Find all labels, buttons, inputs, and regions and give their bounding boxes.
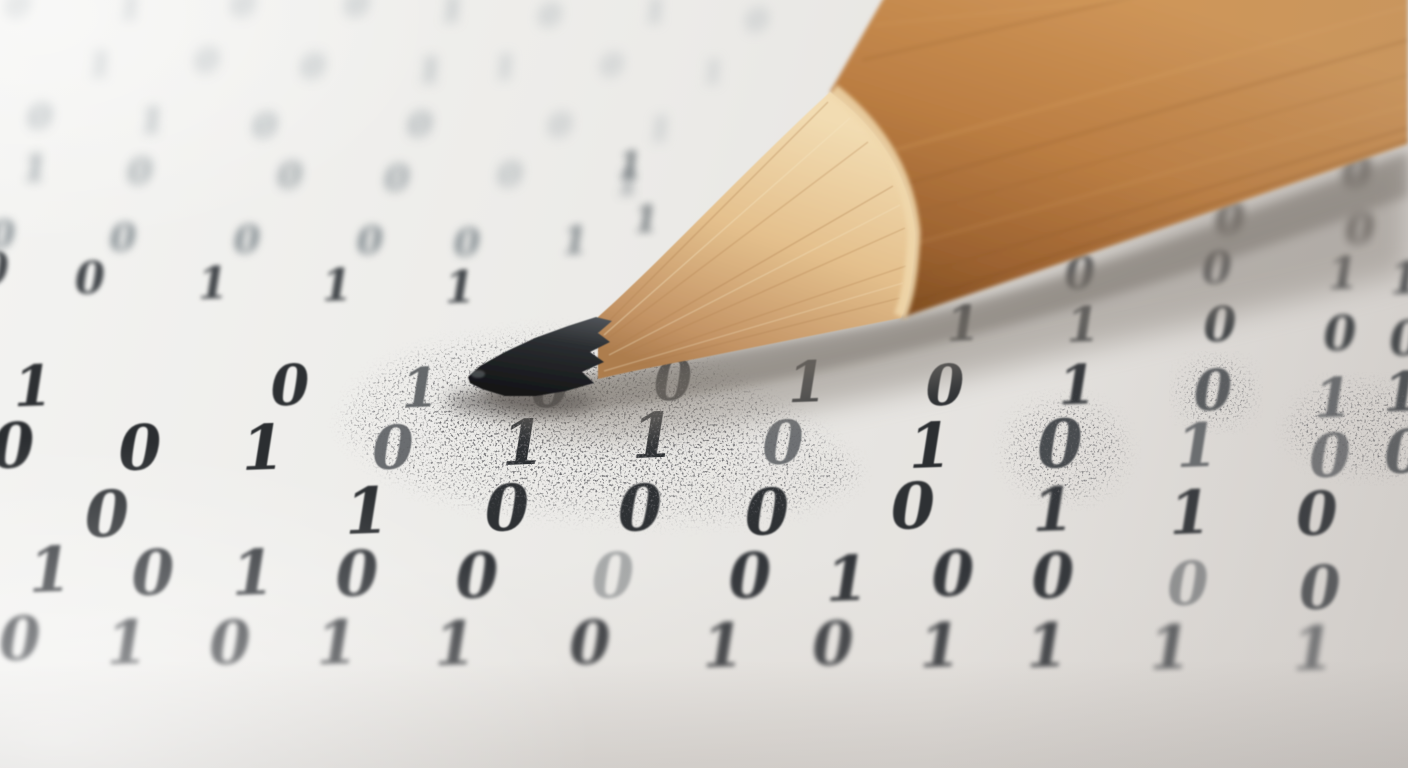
graphite-smudge-right: [1008, 403, 1124, 497]
photo-binary-paper-pencil: 0100110010101010101001000010000011100111…: [0, 0, 1408, 768]
graphite-tip-highlight: [471, 370, 485, 378]
graphite-smudge-edge: [1291, 385, 1408, 472]
pencil-and-smudges: [0, 0, 1408, 768]
graphite-smudge-small: [1180, 361, 1252, 425]
